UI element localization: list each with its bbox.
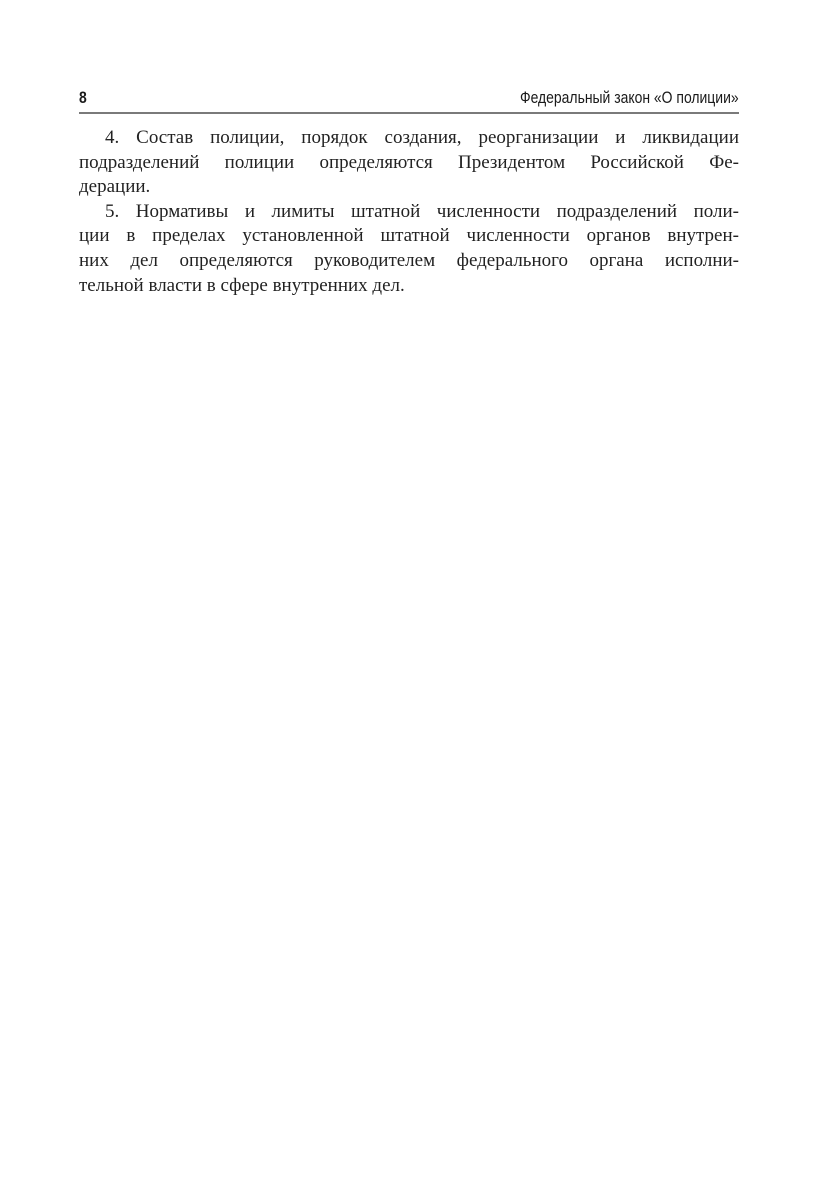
paragraph-4: 4. Состав полиции, порядок создания, рео… — [79, 126, 739, 200]
text-line: дерации. — [79, 175, 739, 200]
paragraph-5: 5. Нормативы и лимиты штатной численност… — [79, 200, 739, 298]
page-header: 8 Федеральный закон «О полиции» — [79, 86, 739, 112]
body-text: 4. Состав полиции, порядок создания, рео… — [79, 126, 739, 298]
text-line: тельной власти в сфере внутренних дел. — [79, 274, 739, 299]
text-line: 5. Нормативы и лимиты штатной численност… — [79, 200, 739, 225]
page-number: 8 — [79, 88, 87, 108]
running-title: Федеральный закон «О полиции» — [520, 88, 739, 108]
text-line: 4. Состав полиции, порядок создания, рео… — [79, 126, 739, 151]
text-line: подразделений полиции определяются Прези… — [79, 151, 739, 176]
header-rule — [79, 112, 739, 114]
text-line: ции в пределах установленной штатной чис… — [79, 224, 739, 249]
document-page: 8 Федеральный закон «О полиции» 4. Соста… — [0, 0, 817, 1200]
text-line: них дел определяются руководителем федер… — [79, 249, 739, 274]
